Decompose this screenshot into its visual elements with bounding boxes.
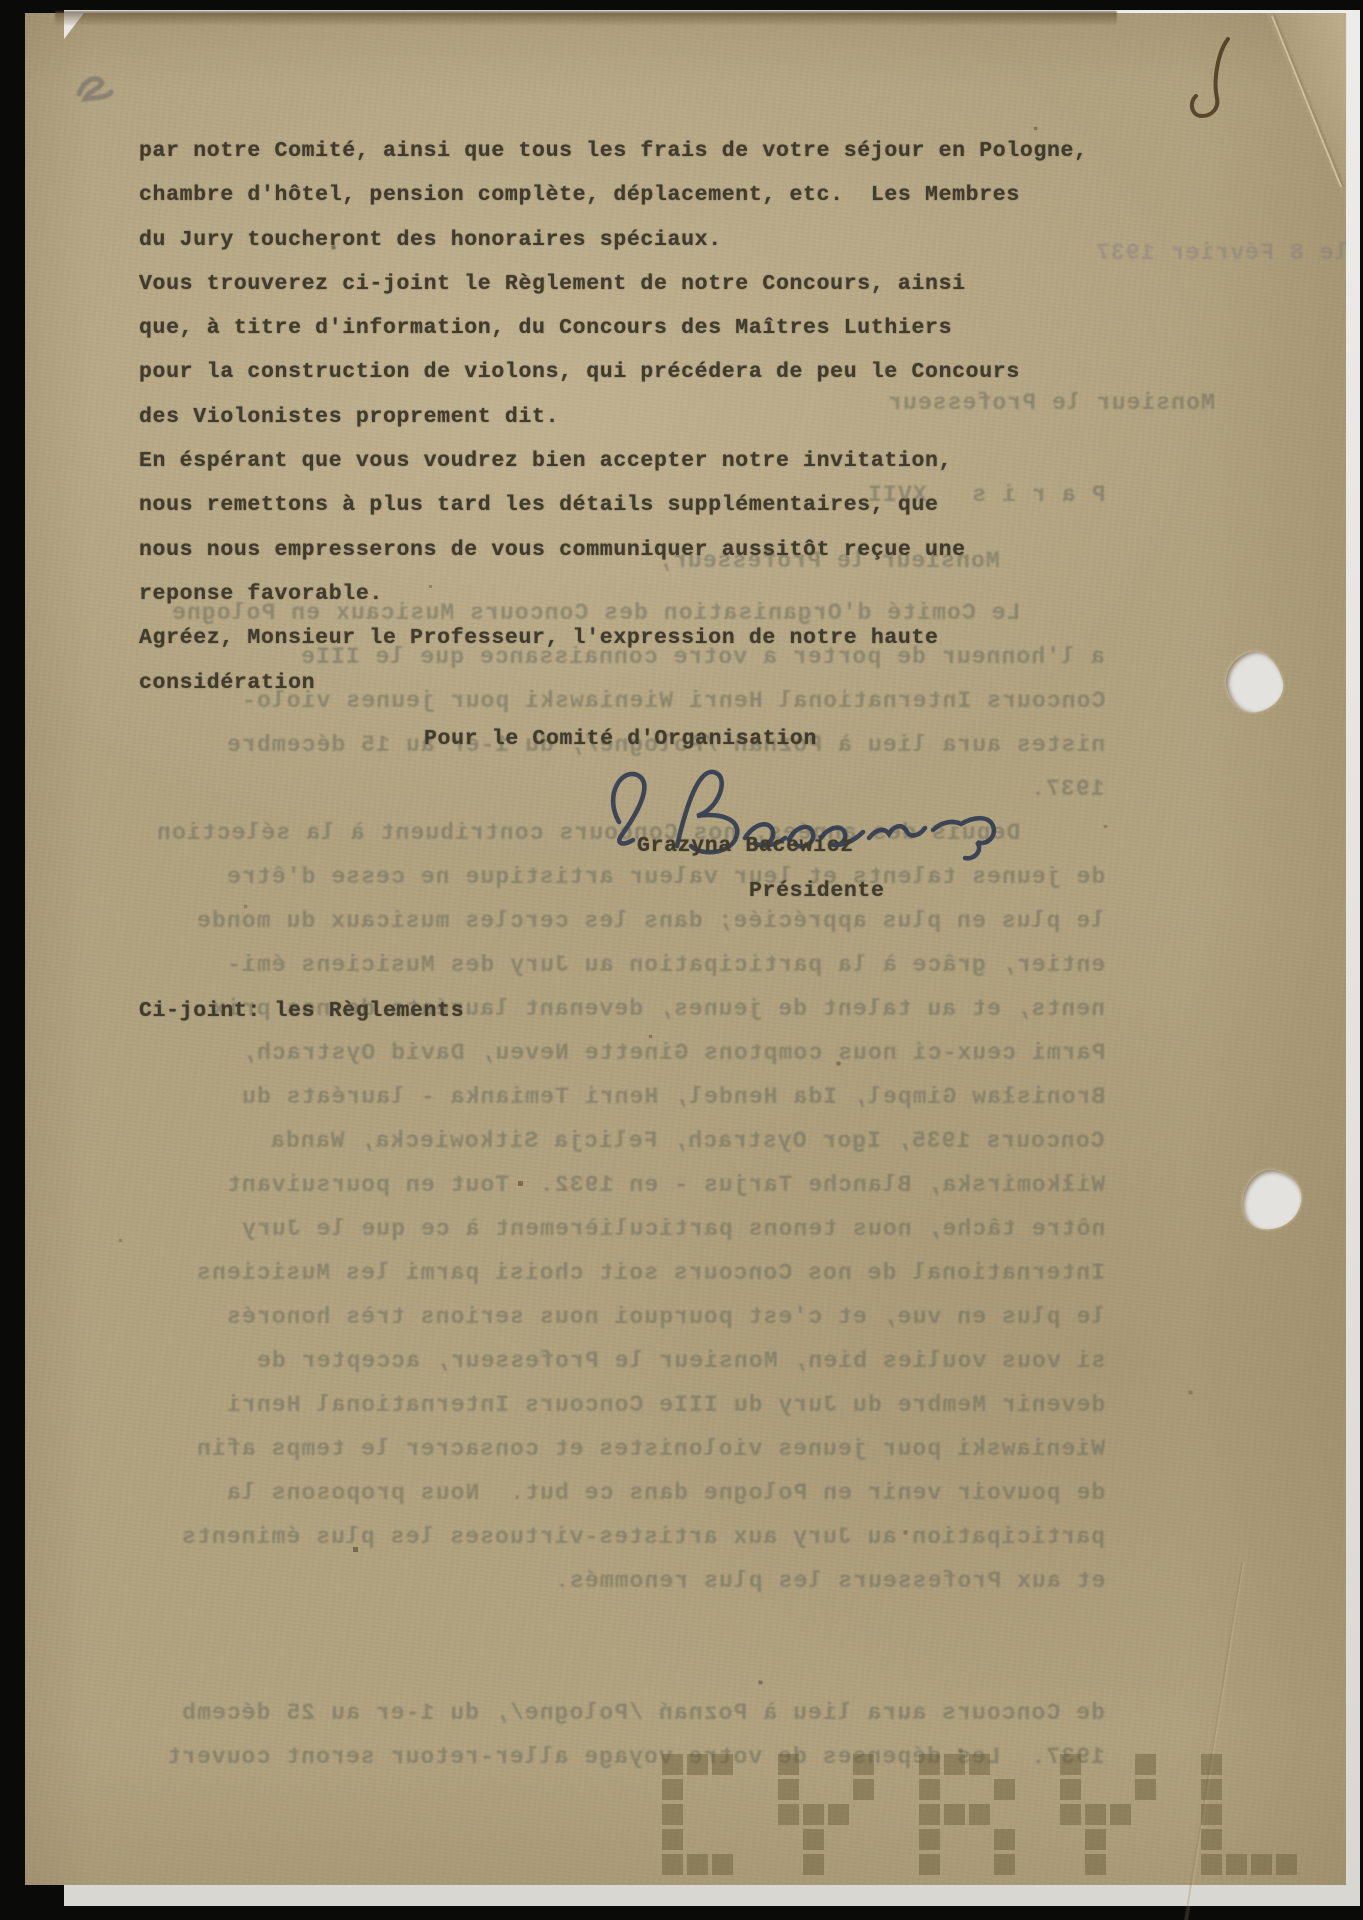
- watermark-block: [662, 1854, 683, 1875]
- letter-line: reponse favorable.: [139, 582, 1129, 626]
- watermark-block: [1085, 1804, 1106, 1825]
- letter-line: par notre Comité, ainsi que tous les fra…: [139, 139, 1129, 183]
- watermark-block: [1085, 1854, 1106, 1875]
- watermark-block: [969, 1804, 990, 1825]
- watermark-letter-C: [662, 1754, 733, 1875]
- signed-title: Présidente: [749, 879, 885, 903]
- watermark-block: [1201, 1754, 1222, 1775]
- watermark-block: [662, 1779, 683, 1800]
- letter-body: par notre Comité, ainsi que tous les fra…: [139, 139, 1129, 715]
- watermark-letter-R: [919, 1754, 1015, 1875]
- bleed-line: de Concours aura lieu à Poznań /Pologne/…: [181, 1700, 1105, 1726]
- watermark-letter-Y: [778, 1754, 874, 1875]
- watermark-block: [944, 1804, 965, 1825]
- bleed-line: et aux Professeurs les plus renommés.: [554, 1568, 1105, 1594]
- watermark-block: [1201, 1854, 1222, 1875]
- bleed-line: le plus en vue, et c'est pourquoi nous s…: [226, 1304, 1105, 1330]
- watermark-block: [1201, 1804, 1222, 1825]
- watermark-block: [919, 1754, 940, 1775]
- watermark-block: [687, 1754, 708, 1775]
- letter-line: du Jury toucheront des honoraires spécia…: [139, 228, 1129, 272]
- watermark-block: [944, 1754, 965, 1775]
- watermark-block: [1060, 1779, 1081, 1800]
- bleed-line: entier, grâce à la participation au Jury…: [226, 952, 1105, 978]
- watermark-block: [778, 1804, 799, 1825]
- letter-line: considération: [139, 671, 1129, 715]
- letter-line: En éspérant que vous voudrez bien accept…: [139, 449, 1129, 493]
- watermark-letter-Y: [1060, 1754, 1156, 1875]
- watermark-block: [712, 1754, 733, 1775]
- watermark-block: [919, 1854, 940, 1875]
- bleed-date-line: le 8 Février 1937: [1095, 240, 1348, 266]
- pencil-mark: [74, 70, 124, 112]
- closing-line: Pour le Comité d'Organisation: [424, 727, 817, 751]
- watermark-block: [687, 1854, 708, 1875]
- watermark-block: [1276, 1854, 1297, 1875]
- watermark-block: [994, 1829, 1015, 1850]
- letter-line: Agréez, Monsieur le Professeur, l'expres…: [139, 626, 1129, 670]
- bleed-line: Concours 1935, Igor Oystrach, Felicja Si…: [270, 1128, 1105, 1154]
- watermark-block: [919, 1779, 940, 1800]
- watermark-block: [919, 1829, 940, 1850]
- ink-mark: [1182, 36, 1240, 128]
- watermark-block: [712, 1854, 733, 1875]
- bleed-line: si vous voulies bien, Monsieur le Profes…: [256, 1348, 1105, 1374]
- signature: [585, 758, 1017, 880]
- bleed-line: Wiłkomirska, Blanche Tarjus - en 1932. T…: [226, 1172, 1105, 1198]
- letter-line: nous remettons à plus tard les détails s…: [139, 493, 1129, 537]
- letter-line: des Violonistes proprement dit.: [139, 405, 1129, 449]
- watermark-block: [1251, 1854, 1272, 1875]
- watermark-block: [1110, 1804, 1131, 1825]
- watermark-block: [1201, 1829, 1222, 1850]
- watermark-block: [778, 1779, 799, 1800]
- watermark-block: [853, 1754, 874, 1775]
- watermark-block: [828, 1804, 849, 1825]
- bleed-line: Wieniawski pour jeunes violonistes et co…: [196, 1436, 1105, 1462]
- bleed-line: International de nos Concours soit chois…: [196, 1260, 1105, 1286]
- bleed-line: de pouvoir venir en Pologne dans ce but.…: [226, 1480, 1105, 1506]
- bleed-line: Bronisław Gimpel, Ida Hendel, Henri Temi…: [241, 1084, 1105, 1110]
- watermark-block: [994, 1779, 1015, 1800]
- letter-line: chambre d'hôtel, pension complète, dépla…: [139, 183, 1129, 227]
- watermark-block: [1060, 1754, 1081, 1775]
- watermark-letter-L: [1201, 1754, 1297, 1875]
- tape-residue-band: [55, 11, 1117, 25]
- watermark-block: [662, 1829, 683, 1850]
- watermark-block: [1226, 1854, 1247, 1875]
- bleed-line: nôtre tâche, nous tenons particulièremen…: [241, 1216, 1105, 1242]
- signed-name: Grazyna Bacewicz: [637, 834, 854, 858]
- letter-line: nous nous empresserons de vous communiqu…: [139, 538, 1129, 582]
- bleed-line: le plus en plus appréciée; dans les cerc…: [196, 908, 1105, 934]
- watermark-block: [1085, 1829, 1106, 1850]
- watermark-block: [803, 1854, 824, 1875]
- watermark-block: [969, 1754, 990, 1775]
- watermark-block: [803, 1829, 824, 1850]
- watermark-block: [1135, 1754, 1156, 1775]
- enclosure-line: Ci-joint: les Règlements: [139, 999, 464, 1023]
- bleed-line: Parmi ceux-ci nous comptons Ginette Neve…: [241, 1040, 1105, 1066]
- scanned-letter-screenshot: { "letter": { "body_lines": [ "par notre…: [0, 0, 1363, 1920]
- watermark-block: [919, 1804, 940, 1825]
- watermark-block: [662, 1804, 683, 1825]
- watermark-block: [853, 1779, 874, 1800]
- paper-specks: [0, 0, 1, 1]
- letter-line: que, à titre d'information, du Concours …: [139, 316, 1129, 360]
- letter-line: Vous trouverez ci-joint le Règlement de …: [139, 272, 1129, 316]
- bleed-line: participation au Jury aux artistes-virtu…: [181, 1524, 1105, 1550]
- watermark-block: [803, 1804, 824, 1825]
- watermark-block: [994, 1854, 1015, 1875]
- letter-line: pour la construction de violons, qui pré…: [139, 360, 1129, 404]
- bleed-line: devenir Membre du Jury du IIIe Concours …: [226, 1392, 1105, 1418]
- watermark-block: [662, 1754, 683, 1775]
- watermark-block: [1135, 1779, 1156, 1800]
- watermark-block: [778, 1754, 799, 1775]
- bleed-line: 1937.: [1030, 776, 1105, 802]
- watermark-block: [1060, 1804, 1081, 1825]
- watermark-block: [1201, 1779, 1222, 1800]
